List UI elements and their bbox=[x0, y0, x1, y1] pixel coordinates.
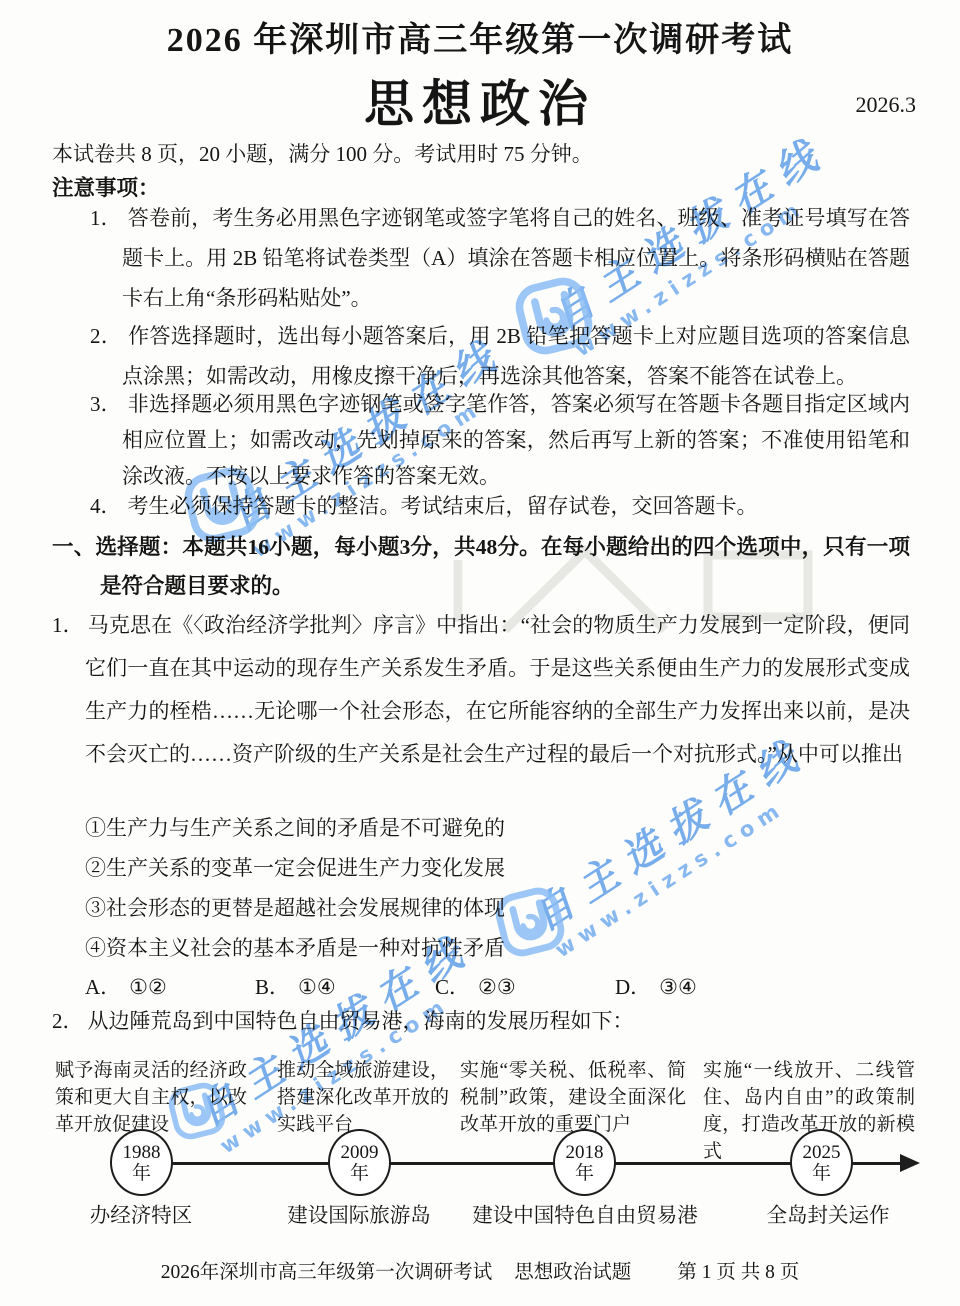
footer-exam-name: 2026年深圳市高三年级第一次调研考试 bbox=[161, 1262, 493, 1283]
question-1-stem: 1．马克思在《〈政治经济学批判〉序言》中指出：“社会的物质生产力发展到一定阶段，… bbox=[52, 604, 910, 776]
paper-info: 本试卷共 8 页，20 小题，满分 100 分。考试用时 75 分钟。 bbox=[52, 138, 593, 168]
notice-text: 考生必须保持答题卡的整洁。考试结束后，留存试卷，交回答题卡。 bbox=[128, 494, 758, 518]
notice-item-3: 3．非选择题必须用黑色字迹钢笔或签字笔作答，答案必须写在答题卡各题目指定区域内相… bbox=[90, 386, 910, 494]
question-number: 2． bbox=[52, 1009, 88, 1033]
question-text: 马克思在《〈政治经济学批判〉序言》中指出：“社会的物质生产力发展到一定阶段，便同… bbox=[85, 613, 910, 766]
timeline-year: 2018 bbox=[566, 1142, 604, 1163]
notice-number: 4． bbox=[90, 494, 128, 518]
option-value: ①② bbox=[129, 975, 167, 999]
timeline-stage-label: 建设国际旅游岛 bbox=[259, 1198, 459, 1228]
question-2-stem: 2．从边陲荒岛到中国特色自由贸易港，海南的发展历程如下： bbox=[52, 1006, 910, 1036]
timeline-year: 2009 bbox=[341, 1142, 379, 1163]
section-text: 选择题：本题共16小题，每小题3分，共48分。在每小题给出的四个选项中，只有一项… bbox=[95, 535, 910, 598]
timeline-year-circle: 2009 年 bbox=[328, 1129, 391, 1196]
footer-page-info: 第 1 页 共 8 页 bbox=[677, 1262, 799, 1283]
timeline-year: 2025 bbox=[803, 1142, 841, 1163]
timeline-arrow-icon bbox=[900, 1154, 920, 1172]
exam-page: 自主选拔在线 www.zizzs.com 自主选拔在线 www.zizzs.co… bbox=[0, 0, 960, 1306]
option-label: A． bbox=[85, 975, 121, 999]
option-b: B．①④ bbox=[255, 971, 336, 1001]
page-footer: 2026年深圳市高三年级第一次调研考试思想政治试题第 1 页 共 8 页 bbox=[0, 1256, 960, 1284]
notice-number: 2． bbox=[90, 324, 128, 348]
option-value: ①④ bbox=[298, 975, 336, 999]
footer-paper-name: 思想政治试题 bbox=[514, 1262, 631, 1283]
question-1-options: A．①② B．①④ C．②③ D．③④ bbox=[85, 971, 845, 1003]
section-heading: 一、选择题：本题共16小题，每小题3分，共48分。在每小题给出的四个选项中，只有… bbox=[52, 528, 910, 606]
timeline-stage-label: 全岛封关运作 bbox=[728, 1198, 928, 1228]
option-d: D．③④ bbox=[615, 971, 697, 1001]
notice-item-2: 2．作答选择题时，选出每小题答案后，用 2B 铅笔把答题卡上对应题目选项的答案信… bbox=[90, 316, 910, 396]
timeline-year-circle: 2025 年 bbox=[790, 1129, 853, 1196]
notice-item-1: 1．答卷前，考生务必用黑色字迹钢笔或签字笔将自己的姓名、班级、准考证号填写在答题… bbox=[90, 198, 910, 318]
option-c: C．②③ bbox=[435, 971, 516, 1001]
timeline-year-suffix: 年 bbox=[812, 1163, 831, 1184]
section-number: 一、 bbox=[52, 535, 95, 559]
timeline-stage-label: 办经济特区 bbox=[41, 1198, 241, 1228]
notice-item-4: 4．考生必须保持答题卡的整洁。考试结束后，留存试卷，交回答题卡。 bbox=[90, 486, 910, 526]
timeline-stage-desc: 赋予海南灵活的经济政策和更大自主权，以改革开放促建设 bbox=[55, 1057, 247, 1138]
notice-number: 1． bbox=[90, 206, 128, 230]
option-value: ②③ bbox=[478, 975, 516, 999]
option-label: B． bbox=[255, 975, 290, 999]
timeline-year-circle: 2018 年 bbox=[553, 1129, 616, 1196]
exam-date: 2026.3 bbox=[856, 92, 917, 118]
statement-item: ①生产力与生产关系之间的矛盾是不可避免的 bbox=[85, 808, 505, 848]
option-label: C． bbox=[435, 975, 470, 999]
question-number: 1． bbox=[52, 613, 88, 637]
timeline-year-suffix: 年 bbox=[350, 1163, 369, 1184]
exam-title: 2026 年深圳市高三年级第一次调研考试 bbox=[0, 12, 960, 61]
notice-text: 非选择题必须用黑色字迹钢笔或签字笔作答，答案必须写在答题卡各题目指定区域内相应位… bbox=[122, 392, 910, 488]
timeline-stage-desc: 推动全域旅游建设，搭建深化改革开放的实践平台 bbox=[277, 1057, 449, 1138]
timeline-stage-label: 建设中国特色自由贸易港 bbox=[465, 1198, 705, 1228]
option-label: D． bbox=[615, 975, 651, 999]
timeline-year-circle: 1988 年 bbox=[110, 1129, 173, 1196]
subject-title: 思想政治 bbox=[0, 64, 960, 136]
watermark-url-text: www.zizzs.com bbox=[551, 762, 841, 962]
timeline-year: 1988 bbox=[123, 1142, 161, 1163]
notice-text: 答卷前，考生务必用黑色字迹钢笔或签字笔将自己的姓名、班级、准考证号填写在答题卡上… bbox=[122, 206, 910, 310]
option-a: A．①② bbox=[85, 971, 167, 1001]
timeline-year-suffix: 年 bbox=[575, 1163, 594, 1184]
statement-item: ③社会形态的更替是超越社会发展规律的体现 bbox=[85, 888, 505, 928]
question-1-statements: ①生产力与生产关系之间的矛盾是不可避免的 ②生产关系的变革一定会促进生产力变化发… bbox=[85, 808, 505, 968]
statement-item: ②生产关系的变革一定会促进生产力变化发展 bbox=[85, 848, 505, 888]
question-text: 从边陲荒岛到中国特色自由贸易港，海南的发展历程如下： bbox=[88, 1009, 634, 1033]
timeline-stage-desc: 实施“零关税、低税率、简税制”政策，建设全面深化改革开放的重要门户 bbox=[460, 1057, 686, 1138]
notice-text: 作答选择题时，选出每小题答案后，用 2B 铅笔把答题卡上对应题目选项的答案信息点… bbox=[122, 324, 910, 388]
statement-item: ④资本主义社会的基本矛盾是一种对抗性矛盾 bbox=[85, 928, 505, 968]
option-value: ③④ bbox=[659, 975, 697, 999]
notice-number: 3． bbox=[90, 392, 128, 416]
timeline-year-suffix: 年 bbox=[132, 1163, 151, 1184]
